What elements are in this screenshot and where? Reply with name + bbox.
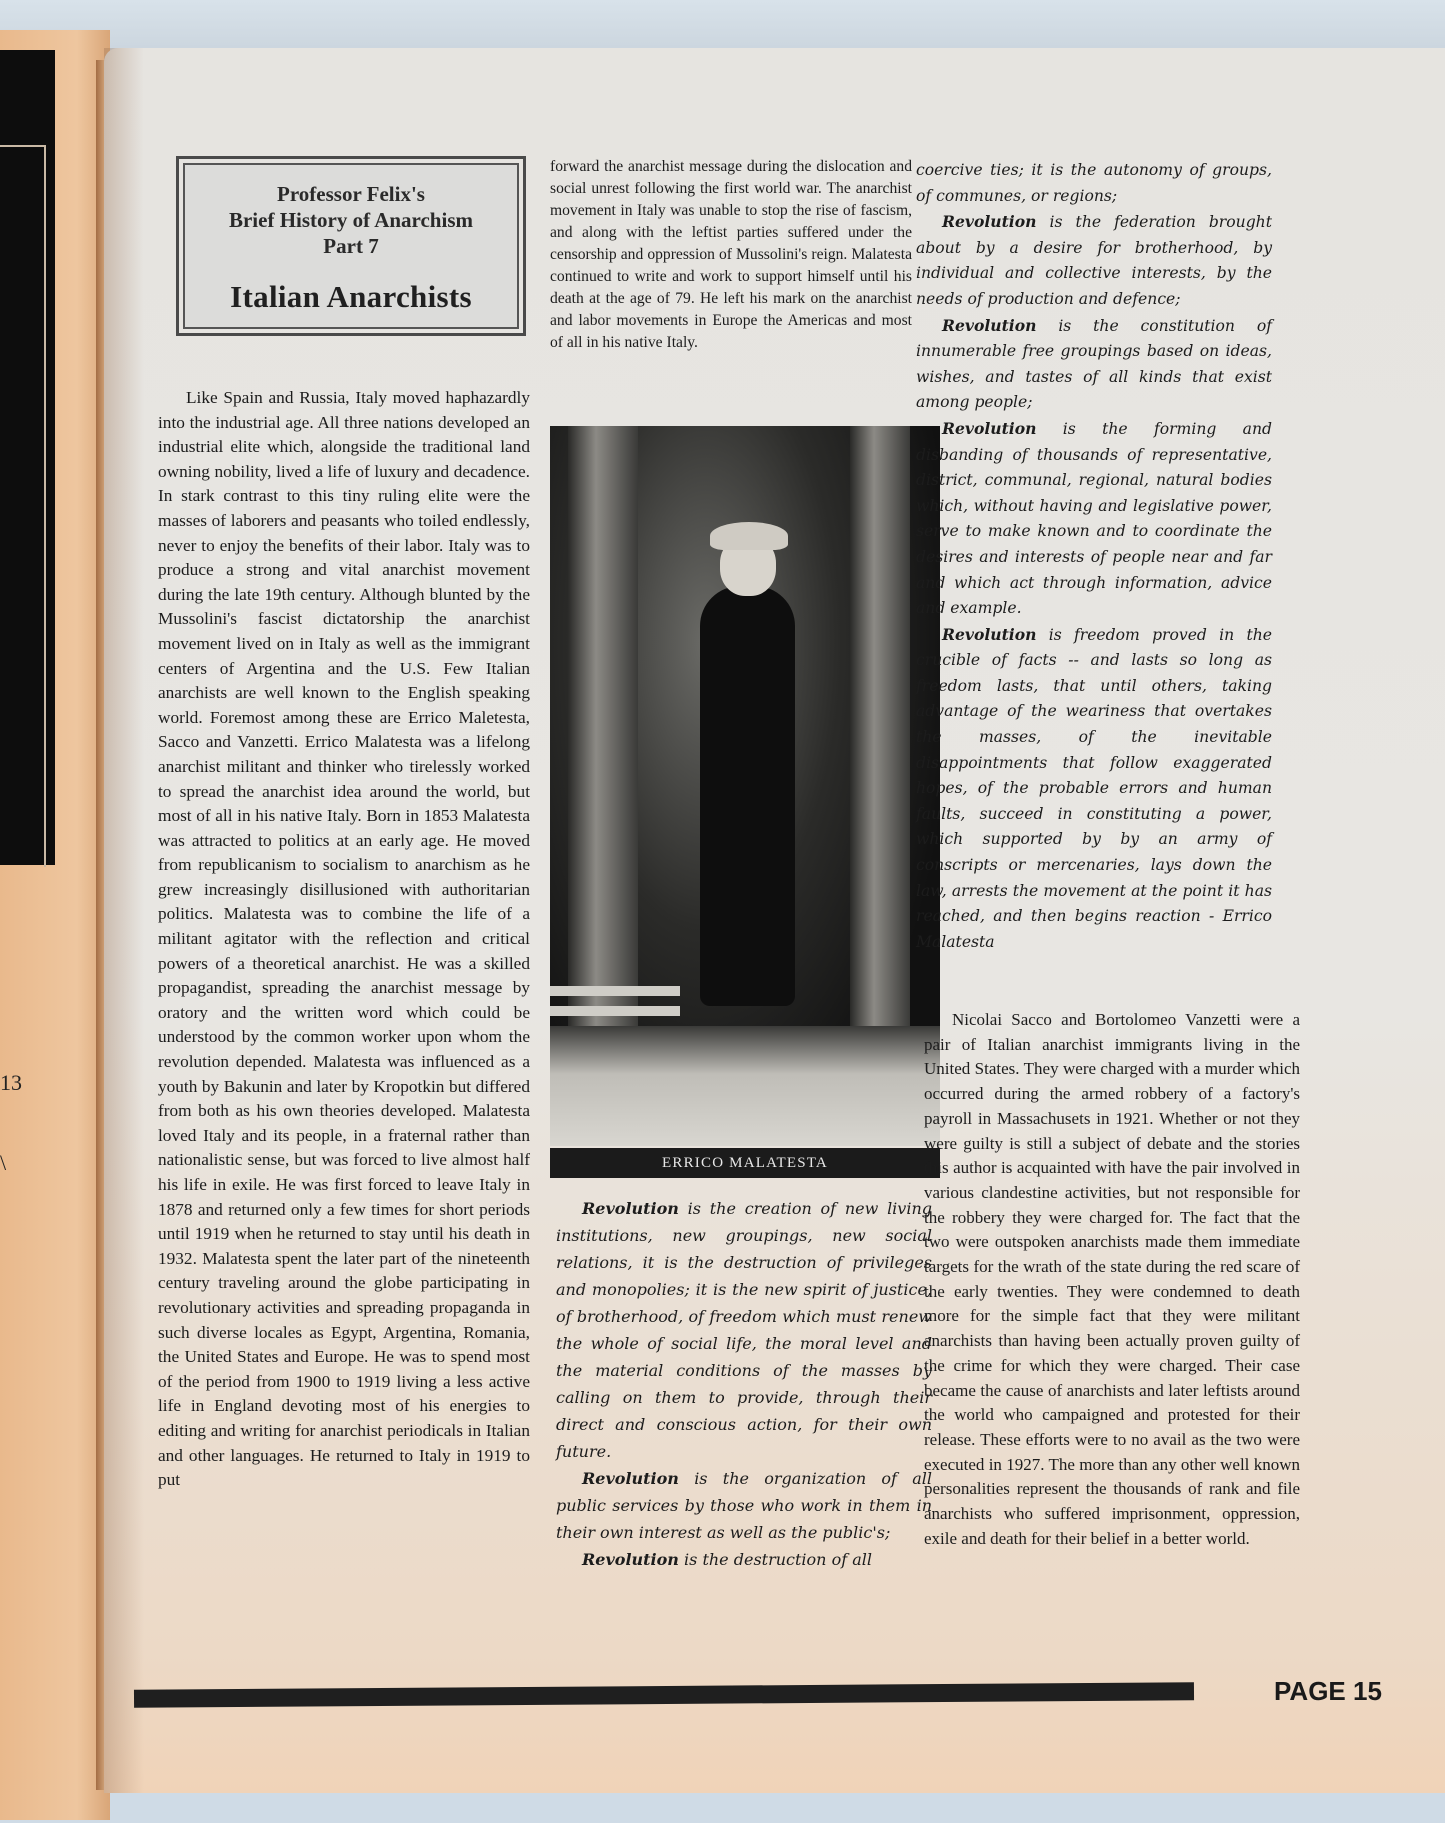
quote-keyword: Revolution — [942, 212, 1036, 231]
margin-mark: 13 — [0, 1070, 22, 1096]
quote-continuation: coercive ties; it is the autonomy of gro… — [916, 158, 1272, 209]
quote-keyword: Revolution — [942, 625, 1036, 644]
quote-keyword: Revolution — [582, 1550, 679, 1569]
article-title-box: Professor Felix's Brief History of Anarc… — [176, 156, 526, 336]
body-paragraph: forward the anarchist message during the… — [550, 156, 912, 354]
middle-column-continuation: forward the anarchist message during the… — [550, 156, 912, 354]
body-paragraph: Nicolai Sacco and Bortolomeo Vanzetti we… — [924, 1008, 1300, 1551]
margin-mark: \ — [0, 1150, 6, 1176]
body-paragraph: Like Spain and Russia, Italy moved hapha… — [158, 386, 530, 1493]
quote-keyword: Revolution — [582, 1469, 679, 1488]
photo-figure-cap — [710, 522, 788, 550]
page-number: PAGE 15 — [1274, 1676, 1382, 1707]
quote-keyword: Revolution — [582, 1199, 679, 1218]
quote-text: is the forming and disbanding of thousan… — [916, 420, 1272, 617]
quote-paragraph: Revolution is the destruction of all — [556, 1546, 932, 1573]
photo-step — [550, 986, 680, 996]
photo-pillar — [568, 426, 638, 1066]
title-box-inner: Professor Felix's Brief History of Anarc… — [183, 163, 519, 329]
quote-paragraph: Revolution is the constitution of innume… — [916, 313, 1272, 416]
photo-pillar — [850, 426, 910, 1066]
quote-keyword: Revolution — [942, 316, 1036, 335]
page-content: Professor Felix's Brief History of Anarc… — [104, 48, 1445, 1793]
portrait-photo — [550, 426, 940, 1146]
left-column: Like Spain and Russia, Italy moved hapha… — [158, 386, 530, 1493]
photo-caption: ERRICO MALATESTA — [550, 1148, 940, 1178]
quote-paragraph: Revolution is the federation brought abo… — [916, 209, 1272, 312]
series-line-3: Part 7 — [185, 233, 517, 259]
quote-paragraph: Revolution is freedom proved in the cruc… — [916, 622, 1272, 956]
quote-paragraph: Revolution is the creation of new living… — [556, 1195, 932, 1465]
panel-border-line — [0, 145, 46, 867]
quote-keyword: Revolution — [942, 419, 1036, 438]
photo-floor — [550, 1026, 940, 1146]
photo-figure — [700, 586, 795, 1006]
series-line-1: Professor Felix's — [185, 181, 517, 207]
right-column-quotes: coercive ties; it is the autonomy of gro… — [916, 158, 1272, 955]
quote-paragraph: Revolution is the organization of all pu… — [556, 1465, 932, 1546]
footer-rule — [134, 1682, 1194, 1707]
quote-text: is the destruction of all — [679, 1550, 872, 1569]
series-title: Professor Felix's Brief History of Anarc… — [185, 165, 517, 259]
series-line-2: Brief History of Anarchism — [185, 207, 517, 233]
magazine-page: Professor Felix's Brief History of Anarc… — [104, 48, 1445, 1793]
middle-column-quotes: Revolution is the creation of new living… — [556, 1195, 932, 1573]
right-column-body: Nicolai Sacco and Bortolomeo Vanzetti we… — [924, 1008, 1300, 1551]
article-headline: Italian Anarchists — [185, 279, 517, 315]
quote-text: is the creation of new living institutio… — [556, 1199, 932, 1461]
photo-step — [550, 1006, 680, 1016]
quote-text: is freedom proved in the crucible of fac… — [916, 626, 1272, 951]
previous-page-dark-panel — [0, 50, 55, 865]
previous-page-edge: 13 \ — [0, 30, 110, 1820]
quote-paragraph: Revolution is the forming and disbanding… — [916, 416, 1272, 622]
